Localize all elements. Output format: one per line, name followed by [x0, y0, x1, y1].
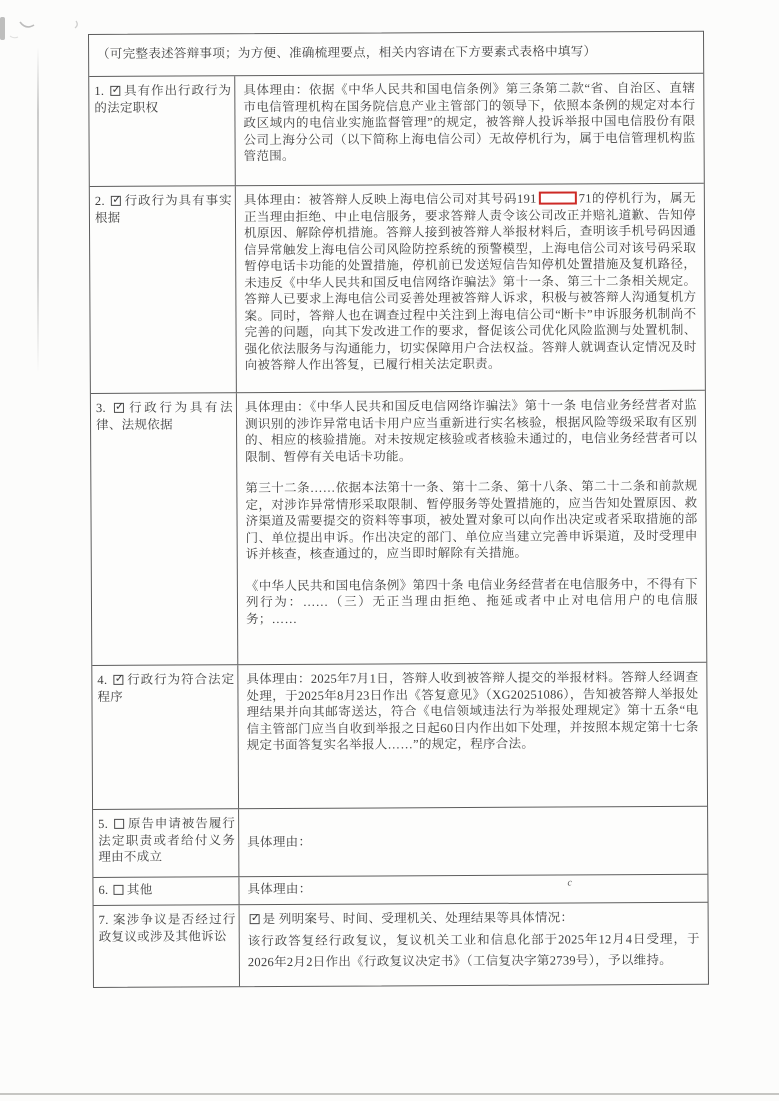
- table-row: 7. 案涉争议是否经过行政复议或涉及其他诉讼 ✓是 列明案号、时间、受理机关、处…: [94, 902, 708, 987]
- checkbox-empty-icon: [114, 885, 124, 895]
- row3-paragraph-1: 具体理由：《中华人民共和国反电信网络诈骗法》第十一条 电信业务经营者对监测识别的…: [245, 397, 697, 465]
- row3-item-label: 3. ✓行政行为具有法律、法规依据: [91, 393, 238, 665]
- checkbox-checked-icon: ✓: [110, 86, 120, 96]
- row1-reason-cell: 具体理由：依据《中华人民共和国电信条例》第三条第二款“省、自治区、直辖市电信管理…: [235, 74, 704, 185]
- row7-answer-text: 是 列明案号、时间、受理机关、处理结果等具体情况：: [263, 910, 574, 926]
- checkbox-checked-icon: ✓: [113, 675, 123, 685]
- row5-reason-cell: 具体理由：: [239, 807, 707, 876]
- row7-detail-text: 该行政答复经行政复议，复议机关工业和信息化部于2025年12月4日受理，于202…: [248, 928, 700, 972]
- row2-reason-cell: 具体理由：被答辩人反映上海电信公司对其号码19171的停机行为，属无正当理由拒绝…: [236, 184, 705, 392]
- row3-reason-cell: 具体理由：《中华人民共和国反电信网络诈骗法》第十一条 电信业务经营者对监测识别的…: [237, 391, 706, 664]
- row6-item-label: 6. 其他: [93, 877, 239, 905]
- row6-reason-text: 具体理由：: [247, 882, 311, 896]
- row7-answer-line: ✓是 列明案号、时间、受理机关、处理结果等具体情况：: [248, 909, 700, 928]
- header-note: （可完整表述答辩事项；为方便、准确梳理要点，相关内容请在下方要素式表格中填写）: [89, 32, 604, 76]
- row5-number: 5.: [98, 817, 108, 831]
- row1-number: 1.: [94, 84, 104, 98]
- row6-label-text: 其他: [127, 883, 153, 897]
- table-row: 5. 原告申请被告履行法定职责或者给付义务理由不成立 具体理由：: [93, 806, 707, 877]
- row4-item-label: 4. ✓行政行为符合法定程序: [92, 665, 239, 809]
- row3-number: 3.: [96, 401, 106, 415]
- row1-reason-text: 具体理由：依据《中华人民共和国电信条例》第三条第二款“省、自治区、直辖市电信管理…: [243, 81, 695, 163]
- row3-paragraph-3: 《中华人民共和国电信条例》第四十条 电信业务经营者在电信服务中，不得有下列行为：…: [246, 575, 698, 627]
- scan-edge-smudge: [0, 17, 5, 40]
- row4-reason-cell: 具体理由：2025年7月1日，答辩人收到被答辩人提交的举报材料。答辩人经调查处理…: [238, 663, 707, 808]
- row2-reason-before: 具体理由：被答辩人反映上海电信公司对其号码191: [244, 192, 537, 208]
- row4-number: 4.: [97, 673, 107, 687]
- row5-item-label: 5. 原告申请被告履行法定职责或者给付义务理由不成立: [93, 809, 239, 877]
- redaction-box: [539, 191, 577, 204]
- row7-answer-cell: ✓是 列明案号、时间、受理机关、处理结果等具体情况： 该行政答复经行政复议，复议…: [240, 903, 708, 986]
- table-row: 2. ✓行政行为具有事实根据 具体理由：被答辩人反映上海电信公司对其号码1917…: [90, 183, 705, 393]
- checkbox-checked-icon: ✓: [114, 403, 124, 413]
- row7-number: 7.: [99, 913, 109, 927]
- table-row: 4. ✓行政行为符合法定程序 具体理由：2025年7月1日，答辩人收到被答辩人提…: [92, 662, 707, 809]
- row7-label-text: 案涉争议是否经过行政复议或涉及其他诉讼: [99, 912, 236, 943]
- row3-paragraph-2: 第三十二条……依据本法第十一条、第十二条、第十八条、第二十二条和前款规定，对涉诈…: [245, 478, 697, 563]
- row6-number: 6.: [98, 883, 108, 897]
- row6-reason-cell: 具体理由： c: [239, 875, 707, 904]
- defense-elements-table: （可完整表述答辩事项；为方便、准确梳理要点，相关内容请在下方要素式表格中填写） …: [88, 31, 709, 988]
- row2-number: 2.: [95, 194, 105, 208]
- stray-pen-mark: c: [567, 878, 572, 888]
- checkbox-checked-icon: ✓: [111, 196, 121, 206]
- checkbox-empty-icon: [114, 819, 124, 829]
- scan-fold-line: [37, 47, 39, 373]
- row4-reason-text: 具体理由：2025年7月1日，答辩人收到被答辩人提交的举报材料。答辩人经调查处理…: [246, 670, 698, 752]
- row5-reason-text: 具体理由：: [247, 834, 311, 851]
- checkbox-checked-icon: ✓: [250, 914, 260, 924]
- table-row: 1. ✓具有作出行政行为的法定职权 具体理由：依据《中华人民共和国电信条例》第三…: [89, 73, 704, 186]
- row7-item-label: 7. 案涉争议是否经过行政复议或涉及其他诉讼: [94, 905, 240, 987]
- scanned-defense-statement-page: （可完整表述答辩事项；为方便、准确梳理要点，相关内容请在下方要素式表格中填写） …: [0, 0, 779, 1101]
- row2-reason-after: 71的停机行为，属无正当理由拒绝、中止电信服务，要求答辩人责令该公司改正并赔礼道…: [244, 191, 697, 372]
- table-row: 6. 其他 具体理由： c: [93, 874, 707, 905]
- row1-item-label: 1. ✓具有作出行政行为的法定职权: [89, 76, 236, 186]
- pencil-scribble-mark: [6, 12, 96, 42]
- table-row: 3. ✓行政行为具有法律、法规依据 具体理由：《中华人民共和国反电信网络诈骗法》…: [91, 390, 706, 665]
- row2-item-label: 2. ✓行政行为具有事实根据: [90, 186, 237, 393]
- table-header-row: （可完整表述答辩事项；为方便、准确梳理要点，相关内容请在下方要素式表格中填写）: [89, 32, 703, 76]
- paper-bottom-edge: [0, 1093, 779, 1095]
